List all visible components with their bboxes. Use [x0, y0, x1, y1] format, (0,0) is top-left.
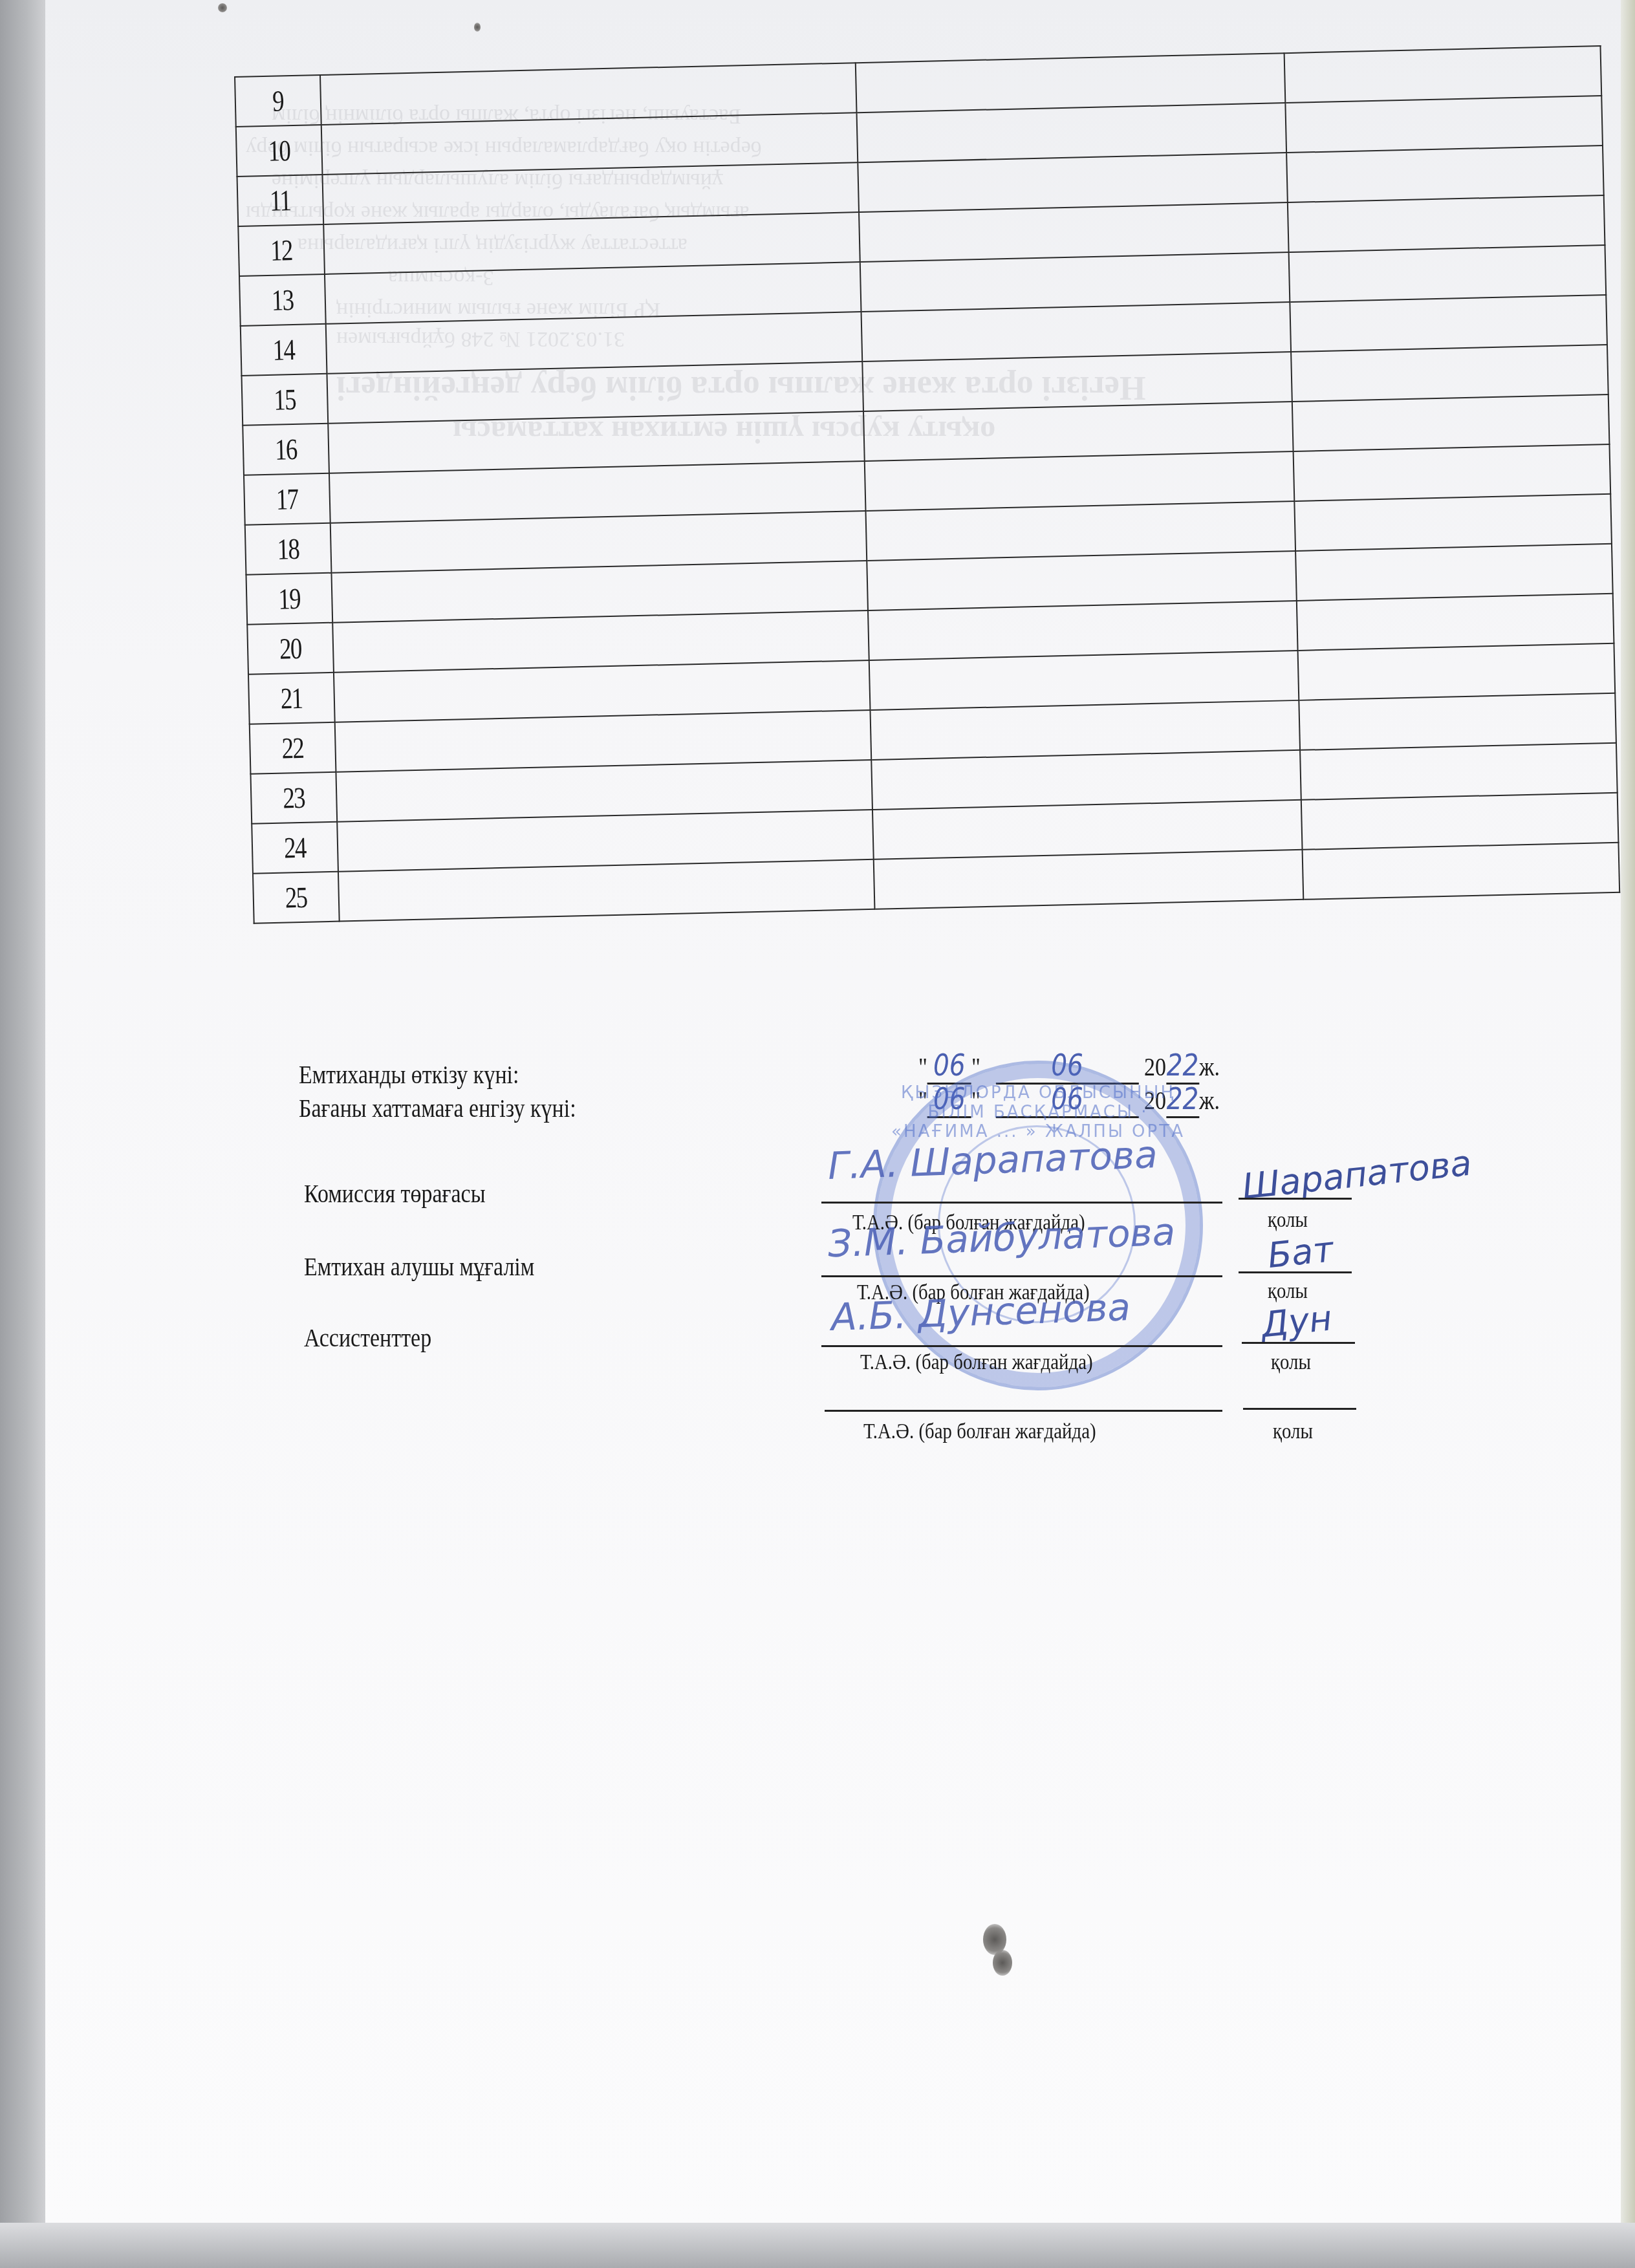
examiner-name-line — [821, 1275, 1222, 1277]
commission-chair-sign-line — [1239, 1198, 1352, 1200]
row-number: 23 — [259, 772, 329, 823]
table-cell — [1292, 394, 1609, 451]
table-cell — [1289, 245, 1606, 302]
table-cell — [1291, 345, 1608, 402]
assistant-signature: Дун — [1259, 1297, 1334, 1345]
row-number: 12 — [246, 224, 316, 275]
row-number: 9 — [243, 75, 312, 126]
row-number: 22 — [258, 722, 327, 773]
table-cell — [870, 700, 1300, 760]
assistant-2-sign-caption: қолы — [1273, 1420, 1313, 1444]
commission-chair-name-line — [821, 1202, 1222, 1204]
scan-edge-right — [1621, 0, 1635, 2268]
exam-date-label: Емтиханды өткізу күні: — [299, 1059, 519, 1090]
row-number: 18 — [254, 523, 323, 574]
table-cell — [867, 551, 1297, 610]
scan-speck — [474, 23, 481, 32]
scan-edge-left — [0, 0, 45, 2268]
exam-date-year-unit: ж. — [1199, 1052, 1220, 1081]
table-cell — [1298, 643, 1615, 700]
row-number: 15 — [250, 374, 319, 425]
row-number: 25 — [261, 872, 330, 923]
row-number: 24 — [260, 822, 329, 873]
row-number: 10 — [244, 125, 314, 176]
table-cell — [858, 153, 1288, 212]
assistant-2-name-line — [825, 1410, 1222, 1412]
scan-edge-bottom — [0, 2223, 1635, 2268]
assistant-name-line — [821, 1345, 1222, 1347]
table-cell — [1286, 96, 1603, 153]
examiner-signature: Бат — [1266, 1229, 1336, 1276]
scan-speck — [218, 3, 227, 12]
row-number: 17 — [252, 473, 321, 524]
table-cell — [1303, 843, 1619, 900]
row-number: 11 — [246, 175, 315, 226]
table-cell — [1295, 544, 1612, 601]
table-cell — [1286, 146, 1603, 202]
table-cell — [1295, 494, 1612, 551]
entry-date-label: Бағаны хаттамаға енгізу күні: — [299, 1093, 576, 1123]
table-cell — [1301, 793, 1618, 850]
assistant-name-caption: Т.А.Ә. (бар болған жағдайда) — [860, 1350, 1093, 1375]
commission-chair-label: Комиссия төрағасы — [304, 1178, 485, 1209]
row-number: 14 — [249, 324, 318, 375]
row-number: 19 — [255, 573, 324, 624]
table-cell — [1297, 594, 1614, 651]
exam-results-table: 910111213141516171819202122232425 — [234, 45, 1620, 924]
exam-date-year-suffix: 22 — [1166, 1048, 1199, 1085]
table-cell — [1290, 295, 1607, 352]
row-number: 20 — [255, 623, 325, 674]
table-cell — [1288, 195, 1605, 252]
table-cell — [1294, 444, 1610, 501]
examiner-label: Емтихан алушы мұғалім — [304, 1251, 534, 1282]
assistant-2-sign-line — [1243, 1408, 1356, 1410]
table-cell — [862, 352, 1292, 411]
row-number: 21 — [257, 673, 326, 724]
assistants-label: Ассистенттер — [304, 1323, 431, 1353]
entry-date-year-unit: ж. — [1199, 1086, 1220, 1115]
assistant-2-name-caption: Т.А.Ә. (бар болған жағдайда) — [863, 1420, 1096, 1444]
table-cell — [1284, 46, 1601, 103]
commission-chair-sign-caption: қолы — [1268, 1208, 1308, 1233]
row-number: 16 — [251, 424, 320, 475]
table-cell — [1300, 743, 1617, 800]
table-cell — [1299, 693, 1616, 750]
exam-date-year-prefix: 20 — [1144, 1052, 1166, 1081]
assistant-sign-line — [1242, 1342, 1355, 1344]
table-cell — [873, 850, 1303, 909]
examiner-sign-line — [1239, 1271, 1352, 1273]
assistant-sign-caption: қолы — [1271, 1350, 1311, 1375]
row-number: 13 — [248, 274, 317, 325]
scan-smudge — [993, 1950, 1012, 1976]
